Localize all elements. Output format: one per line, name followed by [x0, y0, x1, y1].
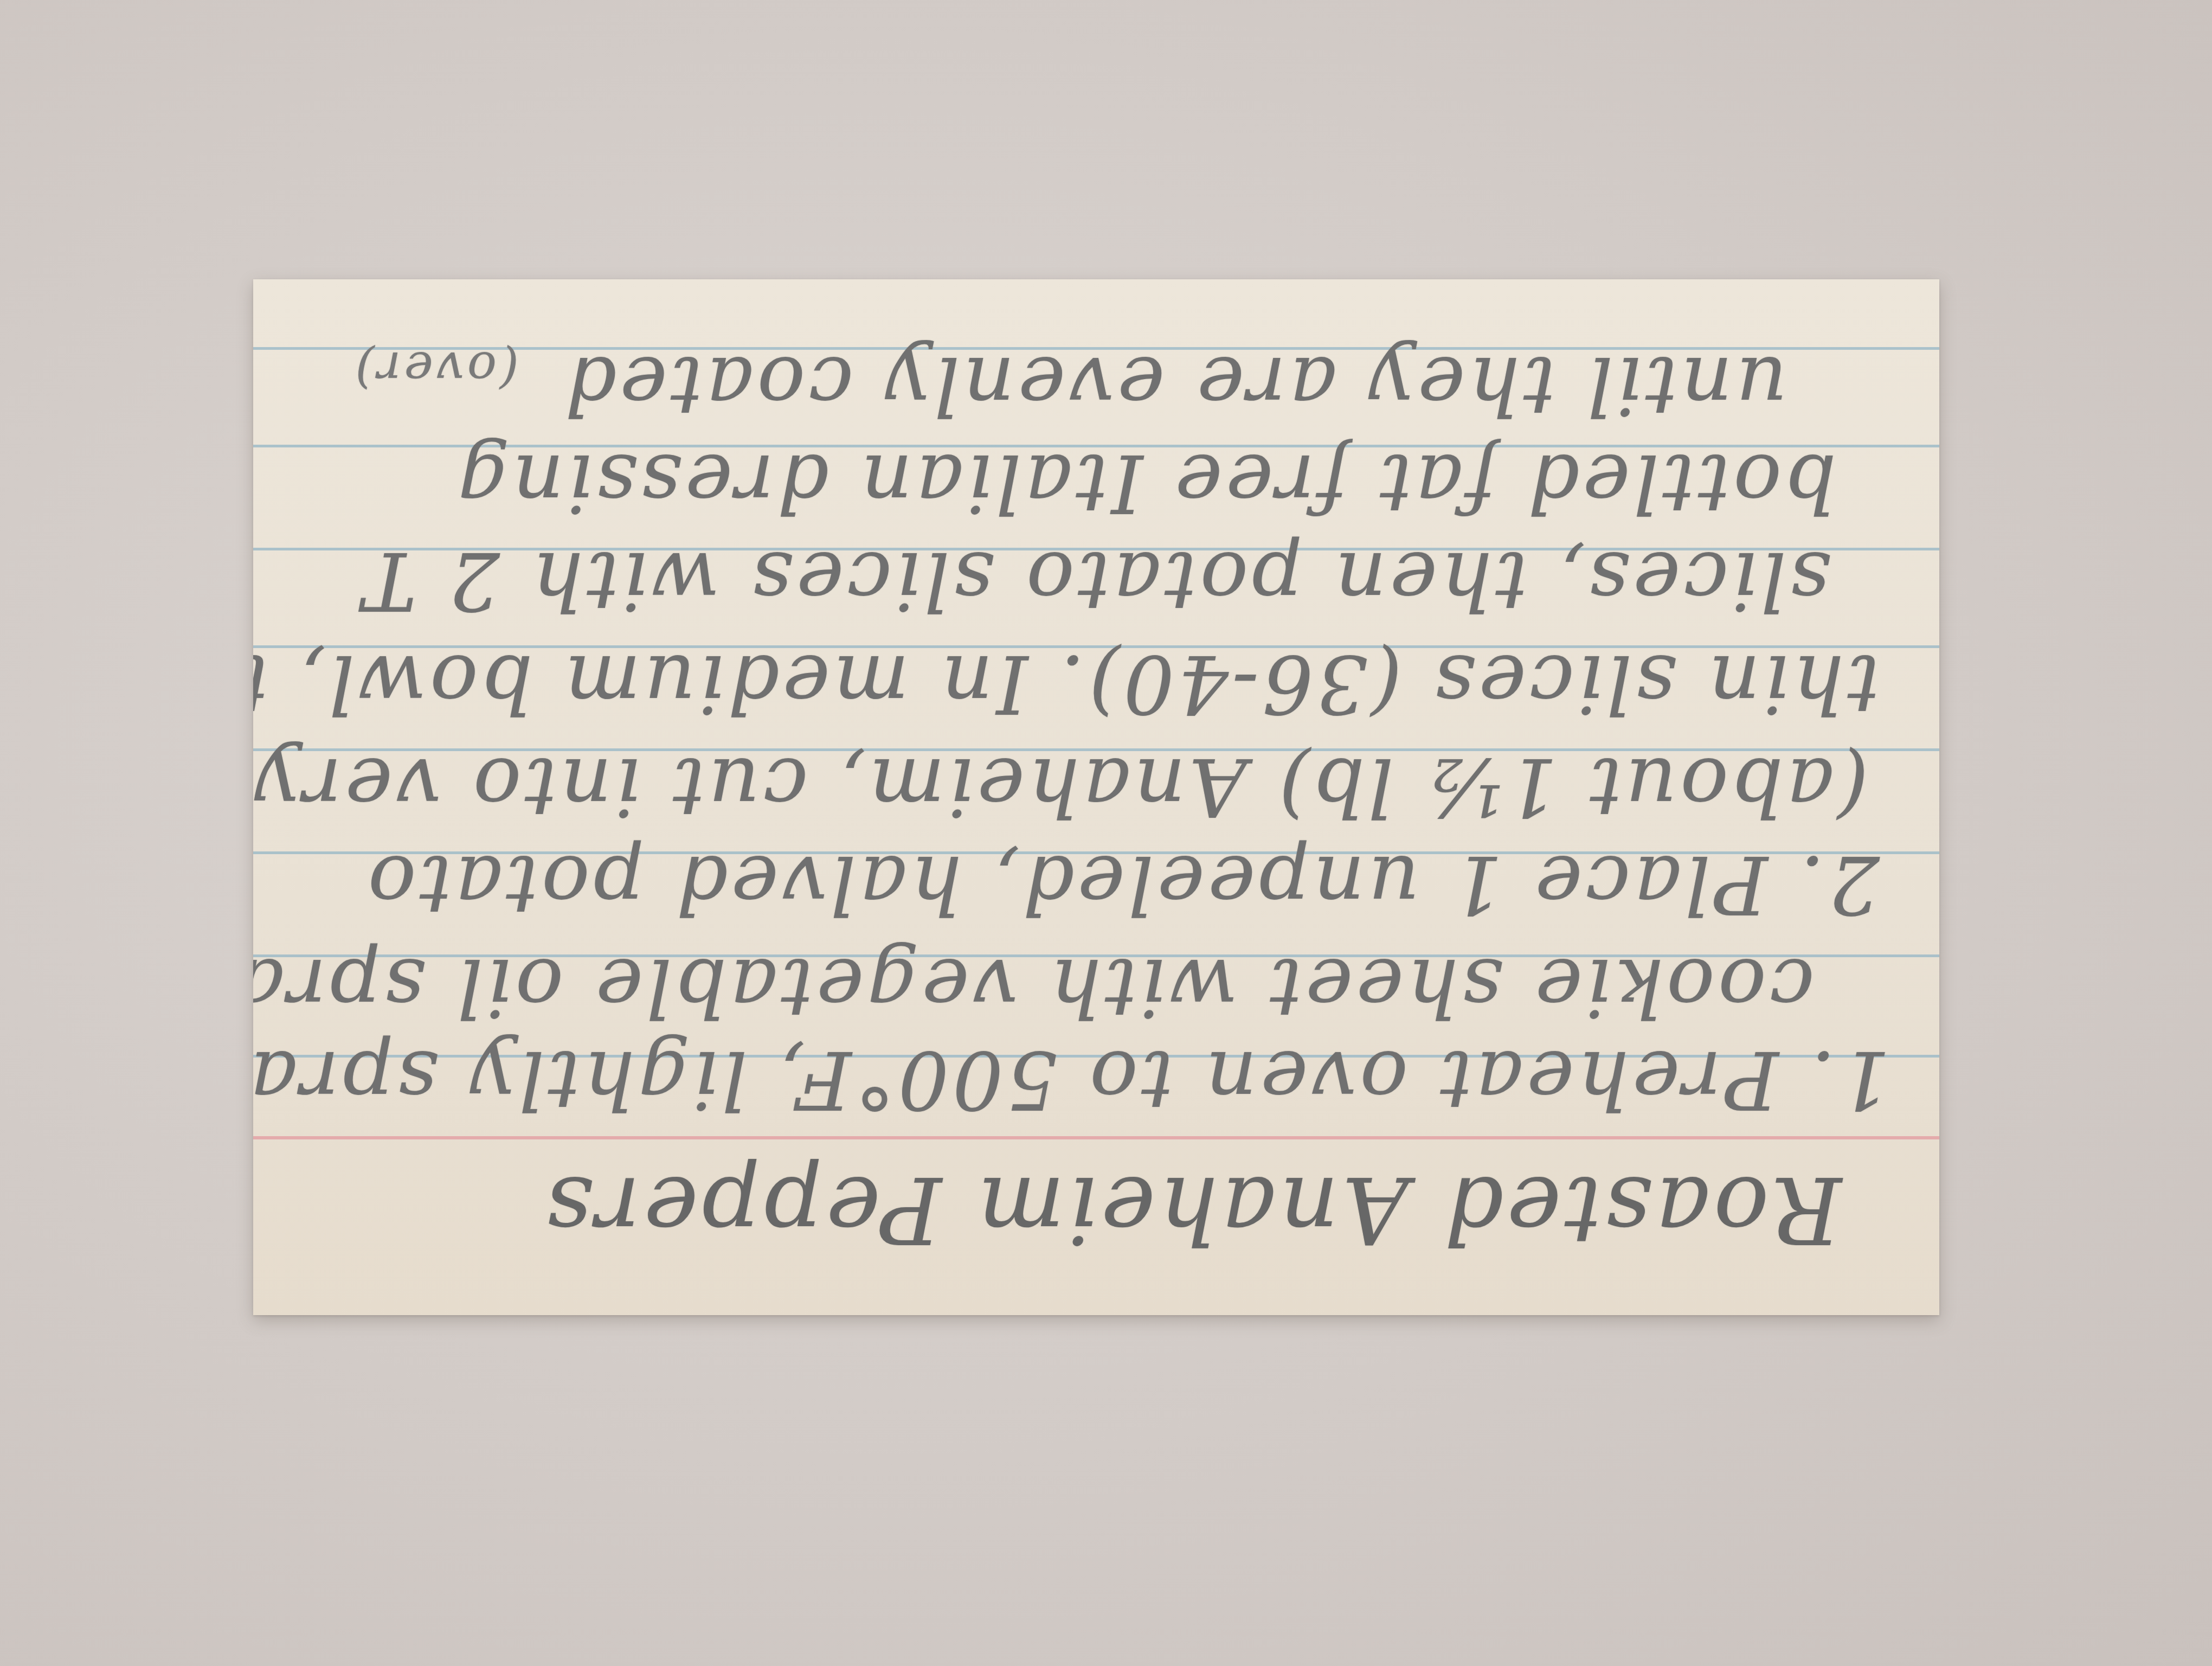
recipe-line-1: 1. Preheat oven to 500°F, lightly spray	[253, 1040, 1891, 1120]
recipe-line-5: thin slices (36-40). In medium bowl, tos…	[253, 644, 1880, 724]
recipe-line-3: 2. Place 1 unpeeled, halved potato	[365, 844, 1880, 925]
index-card: Roasted Anaheim Peppers 1. Preheat oven …	[253, 279, 1939, 1315]
handwriting-layer: Roasted Anaheim Peppers 1. Preheat oven …	[253, 279, 1939, 1315]
recipe-line-2: cookie sheet with vegetable oil spray	[253, 947, 1815, 1028]
recipe-line-7: bottled fat free Italian dressing	[454, 443, 1836, 523]
recipe-line-6: slices, then potato slices with 2 T	[360, 541, 1831, 621]
recipe-line-8: until they are evenly coated	[562, 345, 1787, 426]
recipe-title: Roasted Anaheim Peppers	[543, 1163, 1842, 1255]
recipe-line-4: (about 1½ lb) Anaheim, cut into very	[253, 747, 1869, 827]
continuation-note: (over)	[352, 344, 519, 393]
